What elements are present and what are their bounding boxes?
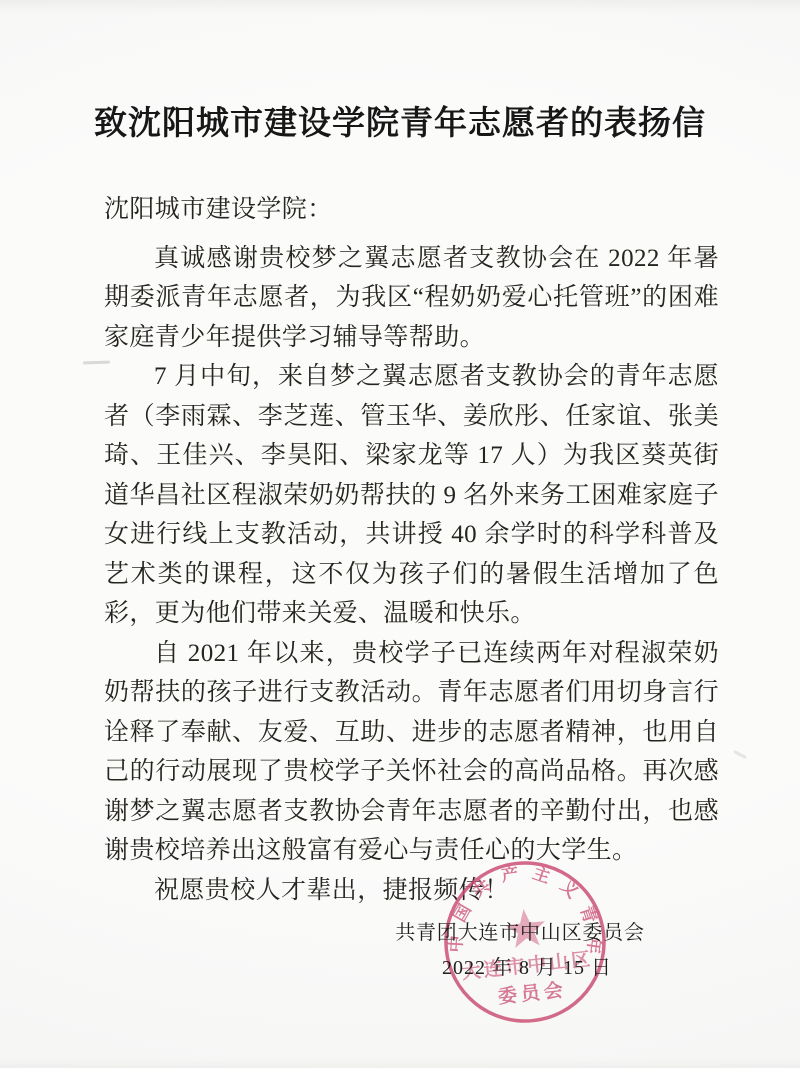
letter-salutation: 沈阳城市建设学院： <box>104 190 719 230</box>
letter-paragraph-2: 7 月中旬，来自梦之翼志愿者支教协会的青年志愿者（李雨霖、李芝莲、管玉华、姜欣彤… <box>104 357 719 634</box>
letter-paragraph-3: 自 2021 年以来，贵校学子已连续两年对程淑荣奶奶帮扶的孩子进行支教活动。青年… <box>104 634 719 871</box>
letter-body: 沈阳城市建设学院： 真诚感谢贵校梦之翼志愿者支教协会在 2022 年暑期委派青年… <box>104 190 719 910</box>
scan-artifact-dash <box>733 750 747 759</box>
letter-paragraph-1: 真诚感谢贵校梦之翼志愿者支教协会在 2022 年暑期委派青年志愿者，为我区“程奶… <box>104 239 719 358</box>
letter-title: 致沈阳城市建设学院青年志愿者的表扬信 <box>0 97 800 144</box>
seal-bottom-text: 委员会 <box>497 978 568 1008</box>
letter-closing-wish: 祝愿贵校人才辈出，捷报频传！ <box>104 871 719 911</box>
signature-date: 2022 年 8 月 15 日 <box>436 951 618 980</box>
signature-organization: 共青团大连市中山区委员会 <box>392 916 648 945</box>
